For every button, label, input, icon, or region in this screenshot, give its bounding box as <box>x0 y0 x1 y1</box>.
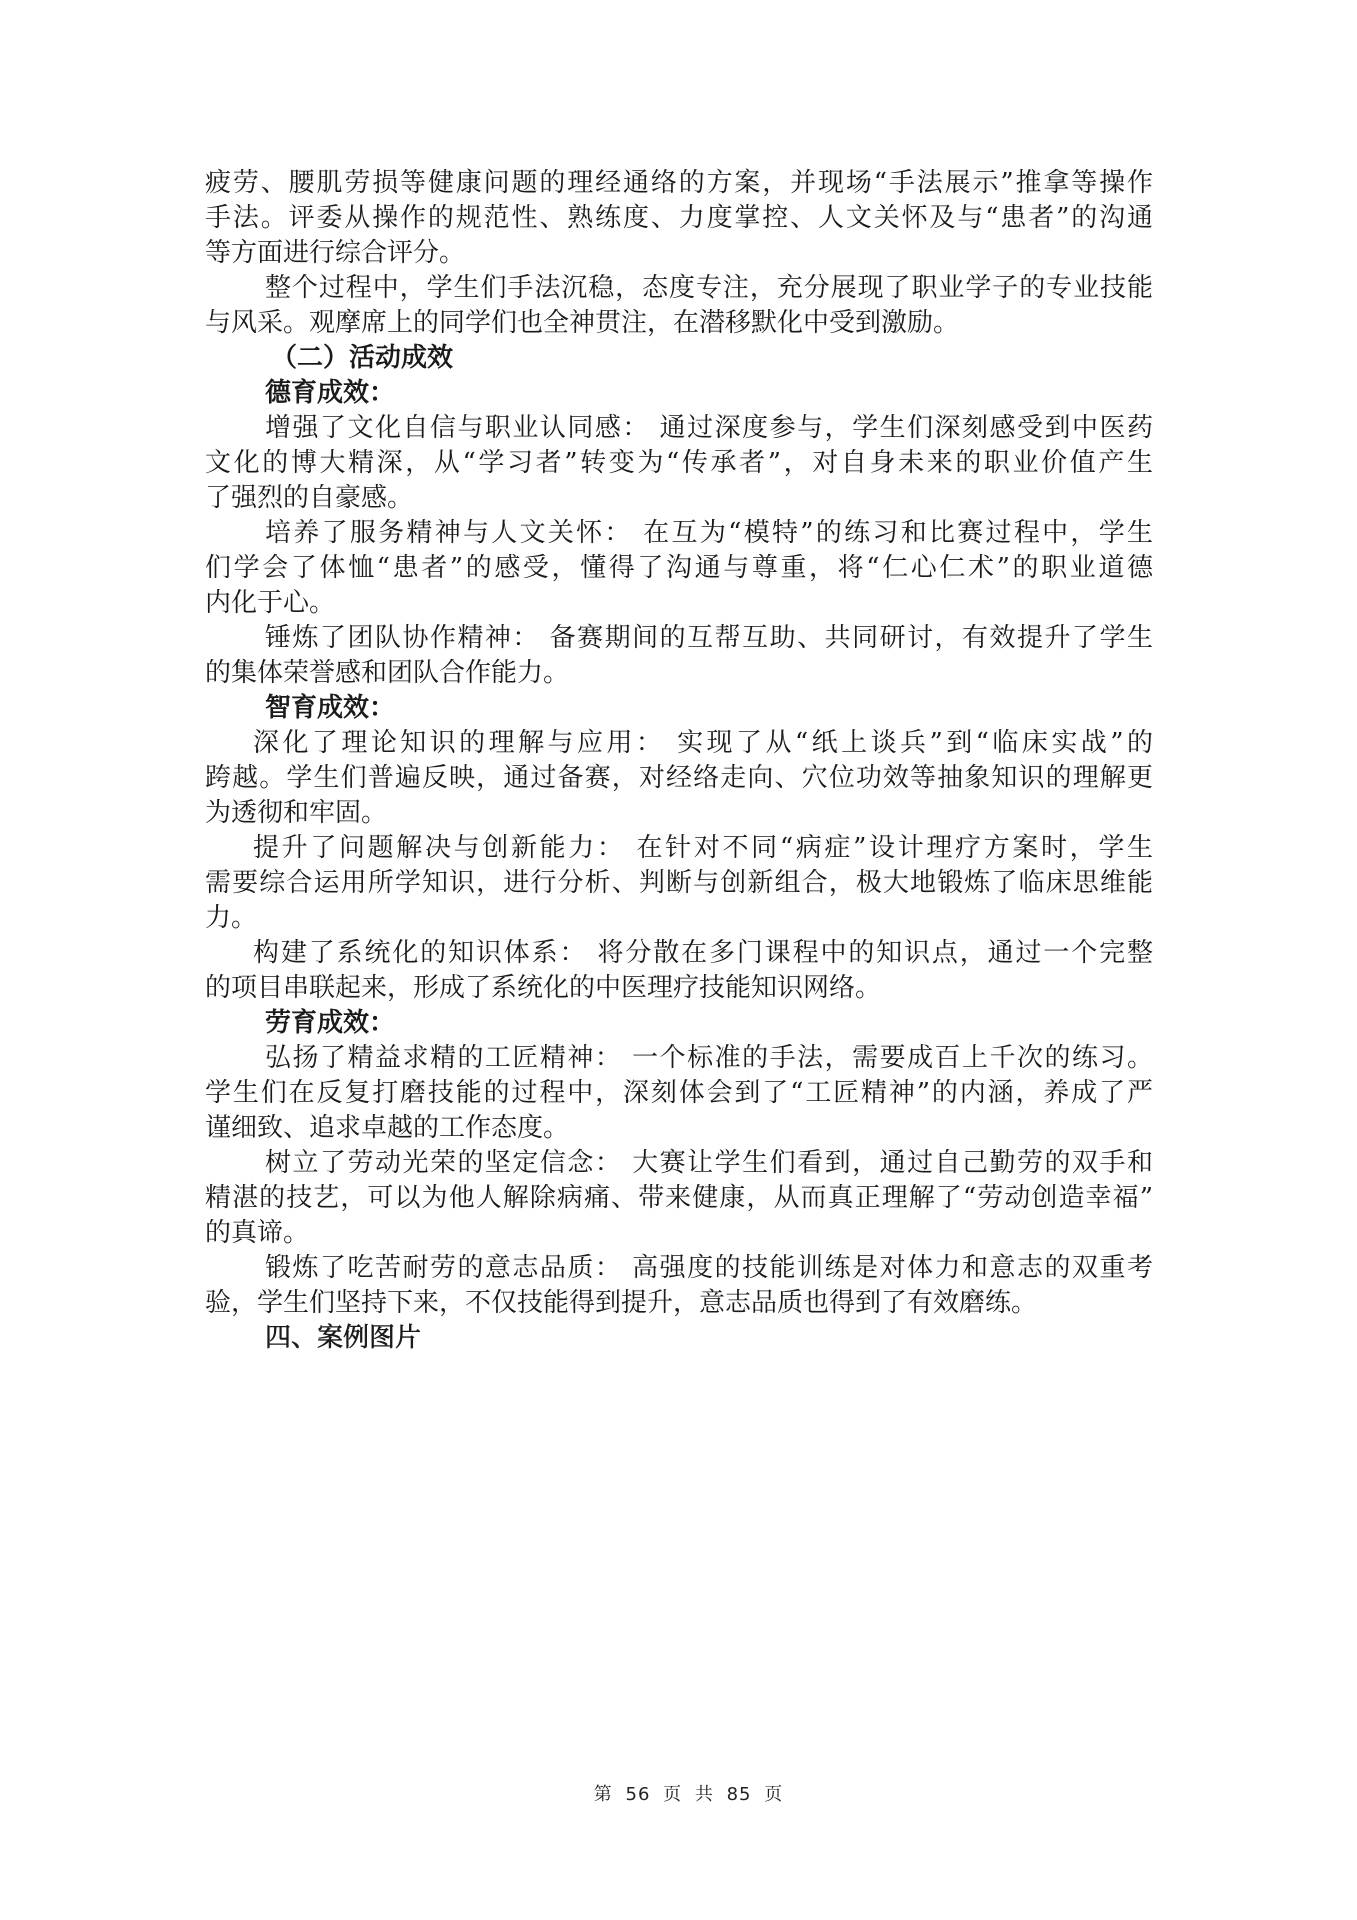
paragraph-line: 提升了问题解决与创新能力： 在针对不同“病症”设计理疗方案时，学生 <box>205 831 1153 866</box>
section-heading: 四、案例图片 <box>205 1321 1153 1356</box>
paragraph-line: 了强烈的自豪感。 <box>205 481 1153 516</box>
paragraph-line: 的项目串联起来，形成了系统化的中医理疗技能知识网络。 <box>205 971 1153 1006</box>
paragraph-line: 需要综合运用所学知识，进行分析、判断与创新组合，极大地锻炼了临床思维能 <box>205 866 1153 901</box>
document-body: 疲劳、腰肌劳损等健康问题的理经通络的方案，并现场“手法展示”推拿等操作 手法。评… <box>205 166 1153 1356</box>
paragraph-line: 为透彻和牢固。 <box>205 796 1153 831</box>
paragraph-line: 精湛的技艺，可以为他人解除病痛、带来健康，从而真正理解了“劳动创造幸福” <box>205 1181 1153 1216</box>
paragraph-line: 的真谛。 <box>205 1216 1153 1251</box>
paragraph-line: 锻炼了吃苦耐劳的意志品质： 高强度的技能训练是对体力和意志的双重考 <box>205 1251 1153 1286</box>
paragraph-line: 跨越。学生们普遍反映，通过备赛，对经络走向、穴位功效等抽象知识的理解更 <box>205 761 1153 796</box>
paragraph-line: 疲劳、腰肌劳损等健康问题的理经通络的方案，并现场“手法展示”推拿等操作 <box>205 166 1153 201</box>
paragraph-line: 深化了理论知识的理解与应用： 实现了从“纸上谈兵”到“临床实战”的 <box>205 726 1153 761</box>
paragraph-line: 锤炼了团队协作精神： 备赛期间的互帮互助、共同研讨，有效提升了学生 <box>205 621 1153 656</box>
subsection-heading: 劳育成效： <box>205 1006 1153 1041</box>
paragraph-line: 培养了服务精神与人文关怀： 在互为“模特”的练习和比赛过程中，学生 <box>205 516 1153 551</box>
paragraph-line: 力。 <box>205 901 1153 936</box>
paragraph-line: 们学会了体恤“患者”的感受，懂得了沟通与尊重，将“仁心仁术”的职业道德 <box>205 551 1153 586</box>
page-number: 第 56 页 共 85 页 <box>0 1780 1357 1806</box>
paragraph-line: 整个过程中，学生们手法沉稳，态度专注，充分展现了职业学子的专业技能 <box>205 271 1153 306</box>
paragraph-line: 树立了劳动光荣的坚定信念： 大赛让学生们看到，通过自己勤劳的双手和 <box>205 1146 1153 1181</box>
paragraph-line: 内化于心。 <box>205 586 1153 621</box>
paragraph-line: 构建了系统化的知识体系： 将分散在多门课程中的知识点，通过一个完整 <box>205 936 1153 971</box>
paragraph-line: 增强了文化自信与职业认同感： 通过深度参与，学生们深刻感受到中医药 <box>205 411 1153 446</box>
paragraph-line: 弘扬了精益求精的工匠精神： 一个标准的手法，需要成百上千次的练习。 <box>205 1041 1153 1076</box>
paragraph-line: 文化的博大精深，从“学习者”转变为“传承者”，对自身未来的职业价值产生 <box>205 446 1153 481</box>
paragraph-line: 手法。评委从操作的规范性、熟练度、力度掌控、人文关怀及与“患者”的沟通 <box>205 201 1153 236</box>
paragraph-line: 学生们在反复打磨技能的过程中，深刻体会到了“工匠精神”的内涵，养成了严 <box>205 1076 1153 1111</box>
section-heading: （二）活动成效 <box>205 341 1153 376</box>
subsection-heading: 智育成效： <box>205 691 1153 726</box>
paragraph-line: 的集体荣誉感和团队合作能力。 <box>205 656 1153 691</box>
paragraph-line: 等方面进行综合评分。 <box>205 236 1153 271</box>
paragraph-line: 谨细致、追求卓越的工作态度。 <box>205 1111 1153 1146</box>
subsection-heading: 德育成效： <box>205 376 1153 411</box>
paragraph-line: 与风采。观摩席上的同学们也全神贯注，在潜移默化中受到激励。 <box>205 306 1153 341</box>
paragraph-line: 验，学生们坚持下来，不仅技能得到提升，意志品质也得到了有效磨练。 <box>205 1286 1153 1321</box>
